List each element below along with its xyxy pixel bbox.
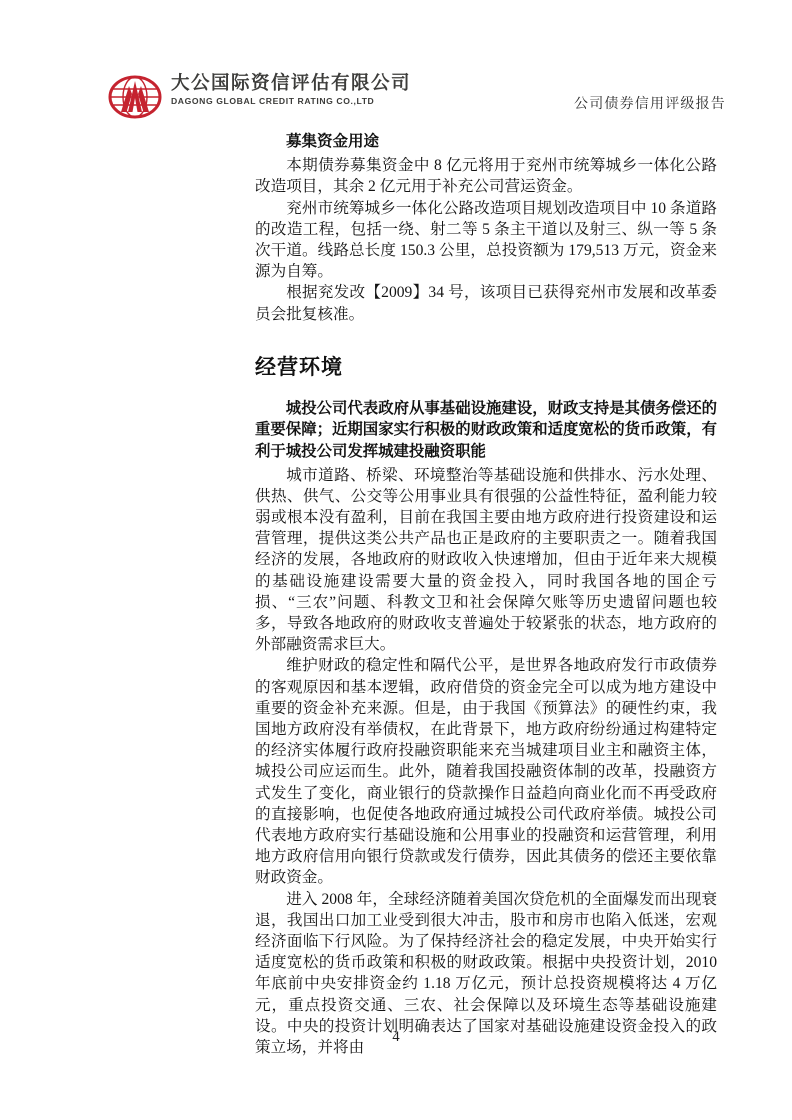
- operating-env-paragraph: 维护财政的稳定性和隔代公平，是世界各地政府发行市政债券的客观原因和基本逻辑，政府…: [255, 655, 717, 888]
- report-body: 募集资金用途 本期债券募集资金中 8 亿元将用于兖州市统筹城乡一体化公路改造项目…: [255, 131, 717, 1058]
- fund-use-paragraph: 根据兖发改【2009】34 号，该项目已获得兖州市发展和改革委员会批复核准。: [255, 282, 717, 324]
- fund-use-paragraph: 兖州市统筹城乡一体化公路改造项目规划改造项目中 10 条道路的改造工程，包括一绕…: [255, 198, 717, 283]
- page-number: 4: [0, 1029, 792, 1046]
- operating-env-paragraph: 城市道路、桥梁、环境整治等基础设施和供排水、污水处理、供热、供气、公交等公用事业…: [255, 465, 717, 656]
- company-logo: 大公国际资信评估有限公司 DAGONG GLOBAL CREDIT RATING…: [108, 72, 411, 120]
- fund-use-paragraph: 本期债券募集资金中 8 亿元将用于兖州市统筹城乡一体化公路改造项目，其余 2 亿…: [255, 155, 717, 197]
- company-name-cn: 大公国际资信评估有限公司: [171, 72, 411, 93]
- company-name-en: DAGONG GLOBAL CREDIT RATING CO.,LTD: [171, 96, 411, 106]
- report-type-label: 公司债券信用评级报告: [574, 93, 726, 113]
- fund-use-heading: 募集资金用途: [255, 131, 717, 152]
- dagong-globe-icon: [108, 74, 162, 120]
- operating-env-highlight: 城投公司代表政府从事基础设施建设，财政支持是其债务偿还的重要保障；近期国家实行积…: [255, 398, 717, 463]
- operating-env-heading: 经营环境: [255, 351, 717, 381]
- document-page: 大公国际资信评估有限公司 DAGONG GLOBAL CREDIT RATING…: [0, 0, 792, 1120]
- logo-text: 大公国际资信评估有限公司 DAGONG GLOBAL CREDIT RATING…: [171, 72, 411, 106]
